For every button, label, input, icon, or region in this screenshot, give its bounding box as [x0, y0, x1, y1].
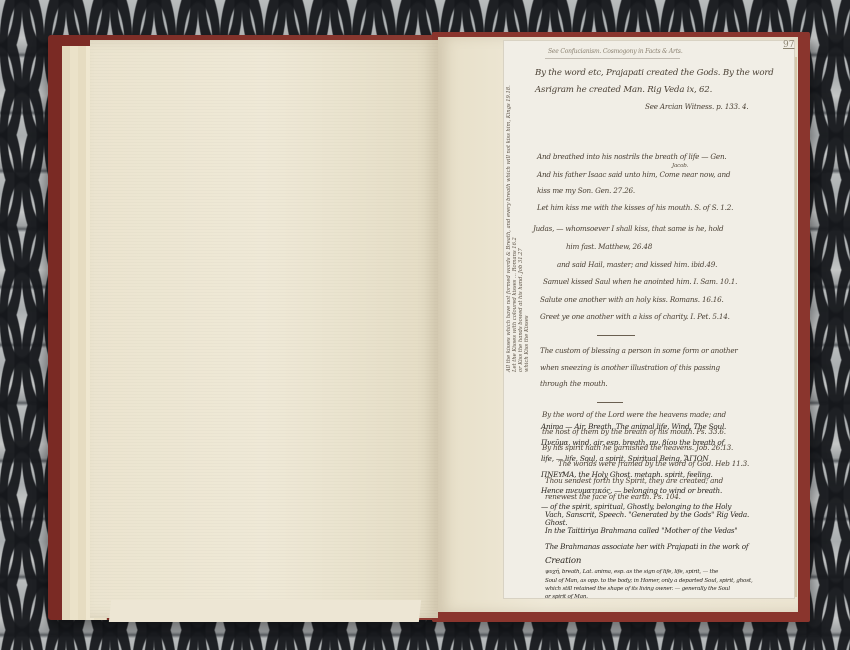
manuscript-line: By the word etc, Prajapati created the G…	[535, 69, 774, 78]
header-note: See Confucianism. Cosmogony in Facts & A…	[548, 49, 683, 55]
manuscript-line: By the word of the Lord were the heavens…	[542, 411, 726, 418]
manuscript-line: The custom of blessing a person in some …	[540, 347, 738, 354]
manuscript-line: In the Taittiriya Brahmana called "Mothe…	[545, 527, 738, 534]
manuscript-line: The Brahmanas associate her with Prajapa…	[545, 543, 748, 550]
manuscript-line: Soul of Man, as opp. to the body; in Hom…	[545, 579, 753, 585]
manuscript-line: And his father Isaac said unto him, Come…	[537, 171, 730, 178]
left-page-blank	[90, 40, 438, 618]
manuscript-line: Πνεῦμα, wind, air, esp. breath, πν. βίου…	[541, 439, 724, 446]
manuscript-line: And breathed into his nostrils the breat…	[537, 153, 727, 160]
page-number: 97	[783, 40, 794, 50]
manuscript-line: him fast. Matthew, 26.48	[566, 243, 652, 250]
manuscript-line: ψυχή, breath, Lat. anima, esp. as the si…	[545, 570, 718, 576]
manuscript-line: Creation	[545, 557, 581, 566]
manuscript-line: Vach, Sanscrit, Speech. "Generated by th…	[545, 511, 749, 518]
manuscript-line: Judas, — whomsoever I shall kiss, that s…	[533, 225, 723, 232]
manuscript-line: ΠΝΕΥ͂ΜΑ, the Holy Ghost. metaph. spirit,…	[541, 471, 713, 478]
manuscript-line: through the mouth.	[540, 380, 607, 387]
manuscript-line: which still retained the shape of its li…	[545, 587, 730, 593]
manuscript-line: Asrigram he created Man. Rig Veda ix, 62…	[535, 86, 712, 95]
section-divider	[597, 402, 623, 403]
margin-note: All the kisses which have not formed wor…	[507, 85, 531, 372]
section-divider	[597, 335, 635, 336]
manuscript-line: or spirit of Man.	[545, 595, 588, 601]
manuscript-line: Let him kiss me with the kisses of his m…	[537, 204, 733, 211]
page-flap	[109, 600, 421, 622]
manuscript-line: life, — life, Soul, a spirit, Spiritual …	[541, 455, 708, 462]
manuscript-line: and said Hail, master; and kissed him. i…	[557, 261, 717, 268]
manuscript-line: Greet ye one another with a kiss of char…	[540, 313, 730, 320]
manuscript-interlinear: Jacob.	[672, 164, 688, 170]
manuscript-line: See Arcian Witness. p. 133. 4.	[645, 103, 748, 110]
manuscript-line: Anima — Air, Breath, The animal life, Wi…	[541, 423, 726, 430]
manuscript-line: when sneezing is another illustration of…	[540, 364, 720, 371]
header-underline	[545, 58, 680, 59]
manuscript-line: Samuel kissed Saul when he anointed him.…	[543, 278, 737, 285]
manuscript-line: Salute one another with an holy kiss. Ro…	[540, 296, 724, 303]
margin-note-line: which Kiss the Kisses	[525, 85, 531, 372]
manuscript-line: Hence πνευματικός, — belonging to wind o…	[541, 487, 722, 494]
manuscript-line: kiss me my Son. Gen. 27.26.	[537, 187, 635, 194]
